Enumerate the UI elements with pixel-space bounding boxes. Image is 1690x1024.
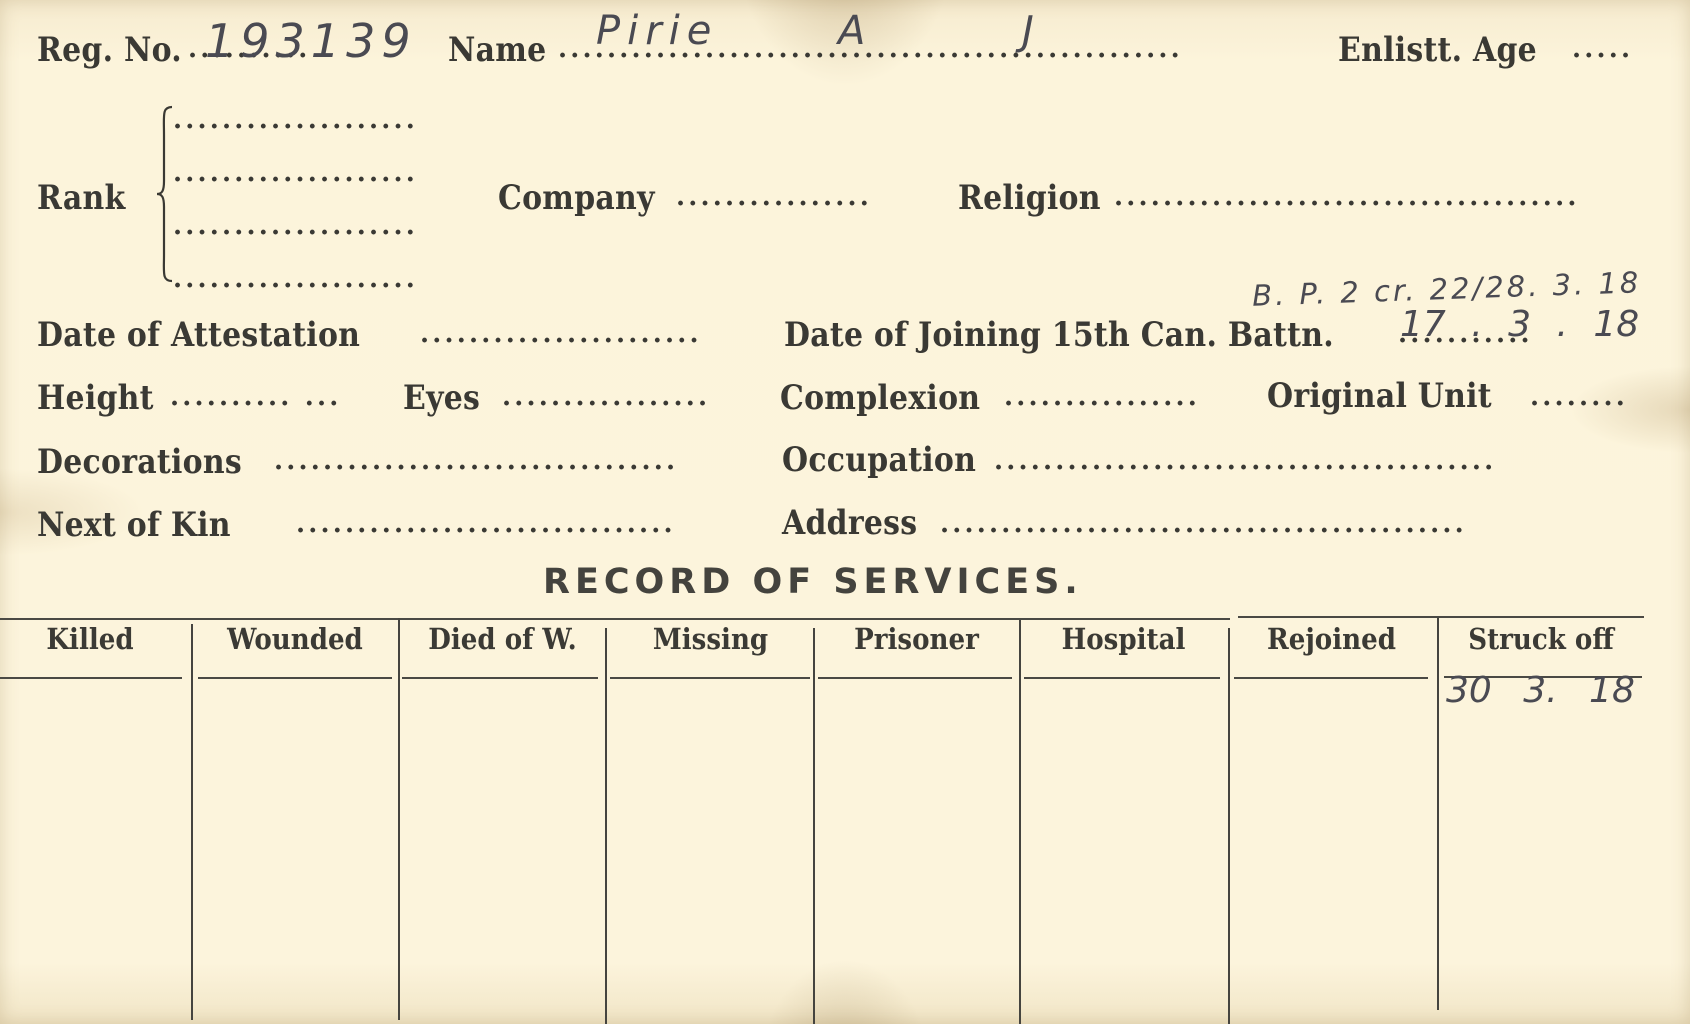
table-top-rule: [0, 618, 1230, 620]
reg-no-label: Reg. No.: [37, 30, 182, 70]
column-divider: [191, 624, 193, 1020]
next-of-kin-label: Next of Kin: [37, 505, 231, 545]
original-unit-dotted-line: ........: [1530, 382, 1628, 412]
rank-line-2: ....................: [173, 158, 418, 188]
eyes-label: Eyes: [403, 378, 480, 418]
name-surname-value: Pirie: [596, 8, 718, 54]
religion-label: Religion: [958, 178, 1101, 218]
header-underline: [1234, 677, 1428, 679]
header-underline: [402, 677, 598, 679]
column-divider: [1228, 628, 1230, 1024]
religion-dotted-line: ......................................: [1114, 182, 1580, 212]
name-initial-2-value: J: [1022, 8, 1034, 54]
height-dotted-line: .......... ...: [170, 382, 342, 412]
complexion-label: Complexion: [780, 378, 980, 418]
company-label: Company: [498, 178, 655, 218]
struck-off-value: 30 3. 18: [1446, 670, 1635, 711]
column-divider: [605, 628, 607, 1024]
address-label: Address: [782, 503, 917, 543]
enlistment-age-label: Enlistt. Age: [1338, 30, 1537, 70]
column-header-killed: Killed: [9, 622, 171, 670]
rank-line-1: ....................: [173, 105, 418, 135]
column-header-rejoined: Rejoined: [1238, 622, 1424, 670]
date-of-joining-label: Date of Joining 15th Can. Battn.: [784, 315, 1334, 355]
reg-no-value: 193139: [205, 14, 417, 68]
column-divider: [1019, 620, 1021, 1024]
column-divider: [813, 628, 815, 1024]
date-of-joining-value: 17 . 3 . 18: [1400, 304, 1639, 345]
occupation-label: Occupation: [782, 440, 976, 480]
header-underline: [818, 677, 1012, 679]
column-header-wounded: Wounded: [205, 622, 385, 670]
height-label: Height: [37, 378, 154, 418]
complexion-dotted-line: ................: [1004, 382, 1200, 412]
header-underline: [610, 677, 810, 679]
rank-line-3: ....................: [173, 211, 418, 241]
next-of-kin-dotted-line: ...............................: [296, 509, 676, 539]
header-underline: [198, 677, 392, 679]
brace-icon: [156, 105, 174, 283]
enlistment-age-dotted-line: .....: [1572, 34, 1633, 64]
address-dotted-line: ........................................…: [940, 509, 1467, 539]
column-header-prisoner: Prisoner: [824, 622, 1009, 670]
column-header-died-of-wounds: Died of W.: [410, 622, 595, 670]
header-underline: [0, 677, 182, 679]
rank-line-4: ....................: [173, 264, 418, 294]
column-header-hospital: Hospital: [1030, 622, 1216, 670]
decorations-dotted-line: .................................: [274, 446, 678, 476]
rank-label: Rank: [37, 178, 125, 218]
column-header-missing: Missing: [618, 622, 803, 670]
column-header-struck-off: Struck off: [1447, 622, 1636, 670]
occupation-dotted-line: ........................................…: [994, 446, 1496, 476]
eyes-dotted-line: .................: [502, 382, 710, 412]
decorations-label: Decorations: [37, 442, 242, 482]
record-of-services-title: RECORD OF SERVICES.: [543, 562, 1083, 602]
company-dotted-line: ................: [676, 182, 872, 212]
date-of-attestation-label: Date of Attestation: [37, 315, 360, 355]
original-unit-label: Original Unit: [1267, 376, 1492, 416]
service-record-card: Reg. No. .......... 193139 Name ........…: [0, 0, 1690, 1024]
date-of-attestation-dotted-line: .......................: [420, 319, 702, 349]
table-top-rule-right: [1238, 616, 1644, 618]
column-divider: [1437, 618, 1439, 1010]
name-initial-1-value: A: [838, 8, 865, 54]
name-label: Name: [448, 30, 546, 70]
header-underline: [1024, 677, 1220, 679]
column-divider: [398, 618, 400, 1020]
